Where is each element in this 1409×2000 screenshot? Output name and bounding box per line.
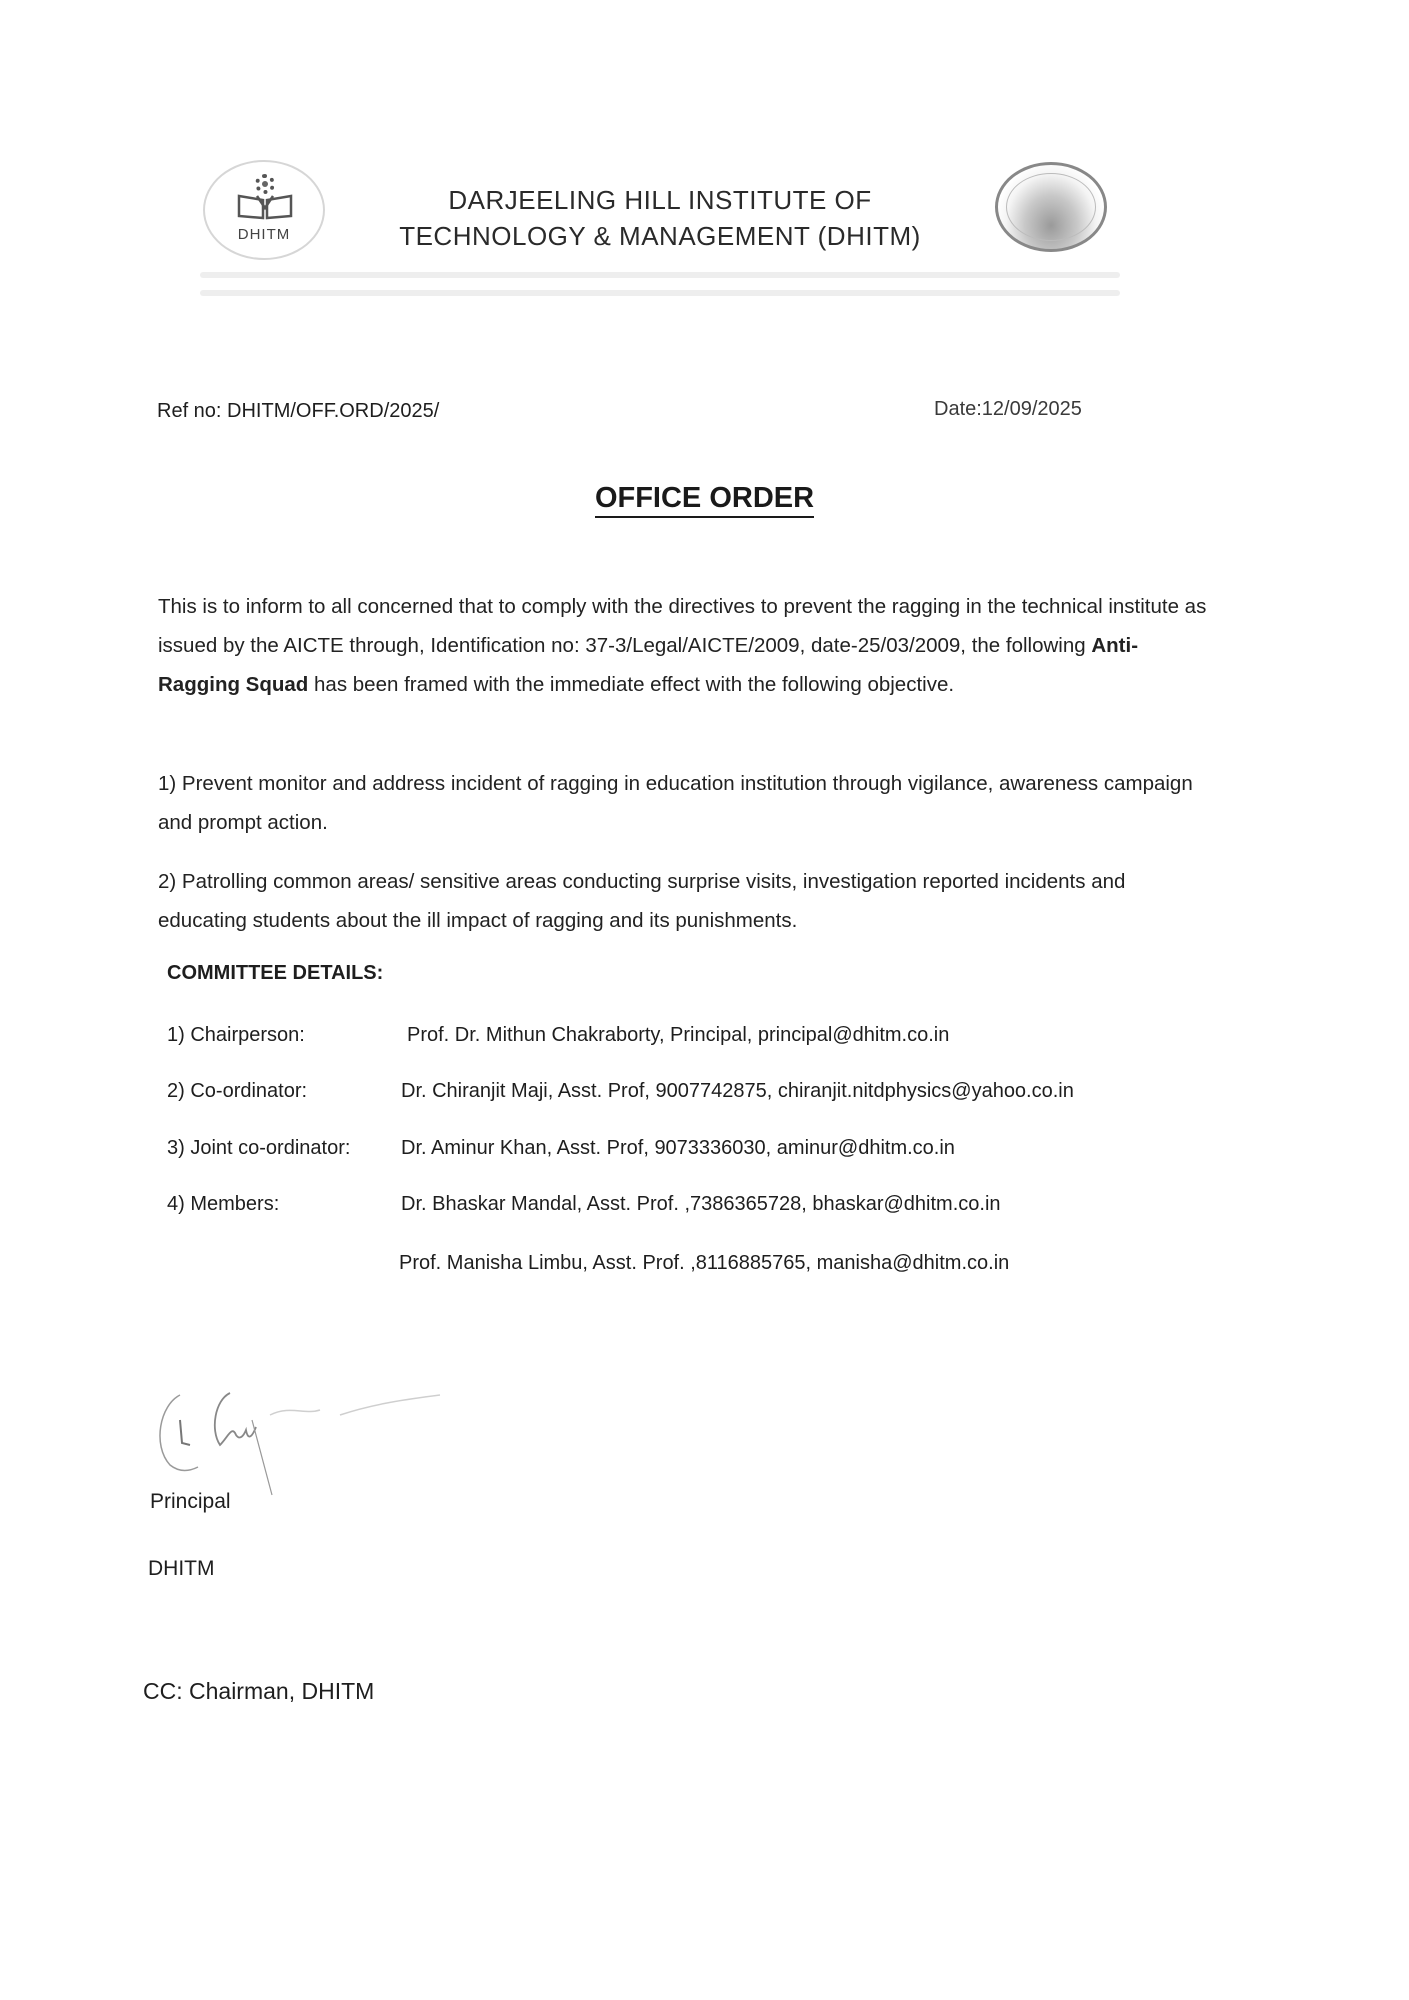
objective-1: 1) Prevent monitor and address incident … <box>158 764 1208 842</box>
committee-member-row: 1) Chairperson: Prof. Dr. Mithun Chakrab… <box>167 1024 407 1047</box>
member-role: 4) Members: <box>167 1193 407 1216</box>
institute-title-line1: DARJEELING HILL INSTITUTE OF <box>340 182 980 218</box>
open-book-icon <box>235 194 295 220</box>
signature-scribble <box>140 1375 460 1505</box>
member-detail: Dr. Aminur Khan, Asst. Prof, 9073336030,… <box>401 1137 955 1160</box>
committee-member-row: 3) Joint co-ordinator: Dr. Aminur Khan, … <box>167 1137 407 1160</box>
institute-title: DARJEELING HILL INSTITUTE OF TECHNOLOGY … <box>340 182 980 254</box>
member-role: 2) Co-ordinator: <box>167 1080 407 1103</box>
carbon-copy: CC: Chairman, DHITM <box>143 1678 374 1705</box>
objective-2: 2) Patrolling common areas/ sensitive ar… <box>158 862 1208 940</box>
committee-heading: COMMITTEE DETAILS: <box>167 962 383 985</box>
committee-member-row: 4) Members: Dr. Bhaskar Mandal, Asst. Pr… <box>167 1193 407 1216</box>
member-detail: Dr. Chiranjit Maji, Asst. Prof, 90077428… <box>401 1080 1074 1103</box>
institute-logo: DHITM <box>203 160 325 260</box>
member-detail: Prof. Manisha Limbu, Asst. Prof. ,811688… <box>399 1252 1009 1275</box>
member-role: 1) Chairperson: <box>167 1024 407 1047</box>
signatory-organization: DHITM <box>148 1557 215 1581</box>
document-title: OFFICE ORDER <box>0 482 1409 515</box>
member-detail: Prof. Dr. Mithun Chakraborty, Principal,… <box>407 1024 949 1047</box>
institute-title-line2: TECHNOLOGY & MANAGEMENT (DHITM) <box>340 218 980 254</box>
order-date: Date:12/09/2025 <box>934 398 1082 421</box>
committee-member-row: Prof. Manisha Limbu, Asst. Prof. ,811688… <box>167 1252 407 1275</box>
gear-icon <box>255 174 275 194</box>
committee-member-row: 2) Co-ordinator: Dr. Chiranjit Maji, Ass… <box>167 1080 407 1103</box>
intro-paragraph: This is to inform to all concerned that … <box>158 587 1208 704</box>
intro-text: This is to inform to all concerned that … <box>158 595 1206 657</box>
faded-address-line <box>200 272 1120 278</box>
signatory-designation: Principal <box>150 1490 231 1514</box>
member-role: 3) Joint co-ordinator: <box>167 1137 407 1160</box>
intro-text-end: has been framed with the immediate effec… <box>308 673 954 696</box>
government-seal <box>995 162 1107 252</box>
seal-inner-ring <box>1006 173 1096 241</box>
document-title-text: OFFICE ORDER <box>595 482 814 518</box>
logo-abbreviation: DHITM <box>205 226 323 243</box>
reference-number: Ref no: DHITM/OFF.ORD/2025/ <box>157 400 439 423</box>
faded-address-line <box>200 290 1120 296</box>
member-detail: Dr. Bhaskar Mandal, Asst. Prof. ,7386365… <box>401 1193 1001 1216</box>
